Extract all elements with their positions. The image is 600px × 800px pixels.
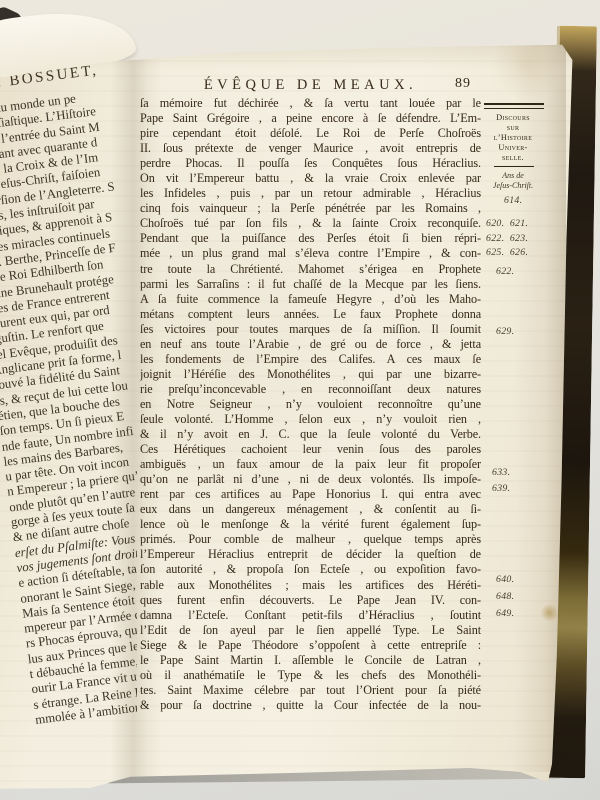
sidebar-title-line: l’Histoire: [480, 133, 546, 143]
sidebar-title-line: Univer-: [480, 143, 546, 153]
margin-year: 620. 621.: [486, 218, 528, 229]
body-line: Choſroës tué par ſon fils , & la ſainte …: [140, 216, 481, 231]
body-line: pire cependant étoit déſolé. Le Roi de P…: [140, 126, 481, 141]
body-line: le Pape Saint Martin I. aſſemble le Conc…: [140, 653, 481, 668]
body-line: lence où le menſonge & la vérité furent …: [140, 517, 481, 532]
body-line: Pape Saint Grégoire , a peine encore à ſ…: [140, 111, 481, 126]
body-line: en Notre Seigneur , n’y vouloient reconn…: [140, 397, 481, 412]
body-line: rie preſqu’inconcevable , en reconnoiſſa…: [140, 382, 481, 397]
body-line: métans comptent leurs années. Le faux Pr…: [140, 307, 481, 322]
running-head-title: ÉVÊQUE DE MEAUX.: [204, 77, 417, 93]
sidebar-title-line: selle.: [480, 153, 546, 163]
right-page: E M. BOSSUET, donne au monde un pet Eccl…: [0, 0, 600, 800]
body-line: les Infideles , puis , par un retour adm…: [140, 186, 481, 201]
body-line: cinq fois vainqueur ; la Perſe pénétrée …: [140, 201, 481, 216]
body-line: Siege & le Pape Théodore s’oppoſent à ce…: [140, 638, 481, 653]
body-line: & il n’y avoit en J. C. que la ſeule vol…: [140, 427, 481, 442]
body-line: les fondements de l’Empire des Califes. …: [140, 352, 481, 367]
body-line: eux dans un dangereux ménagement , & con…: [140, 502, 481, 517]
body-line: A ſa fuite commence la fameuſe Hegyre , …: [140, 292, 481, 307]
body-line: rent par ces artifices au Pape Honorius …: [140, 487, 481, 502]
sidebar-title-line: Discours: [480, 113, 546, 123]
page-number: 89: [455, 76, 471, 92]
body-line: ambiguës , un faux amour de la paix leur…: [140, 457, 481, 472]
body-line: tes. Saint Maxime célebre par tout l’Ori…: [140, 683, 481, 698]
body-line: damna l’Ecteſe. Conſtant petit-fils d’Hé…: [140, 608, 481, 623]
era-label-line: Jeſus-Chriſt.: [480, 181, 546, 191]
body-line: joignit l’Héréſie des Monothélites , qui…: [140, 367, 481, 382]
era-label: Ans deJeſus-Chriſt.: [480, 171, 546, 190]
sidebar-double-rule: [484, 103, 544, 109]
body-line: en neuf ans toute l’Arabie , de gré ou d…: [140, 337, 481, 352]
era-label-line: Ans de: [480, 171, 546, 181]
body-line: Ces Hérétiques cachoient leur venin ſous…: [140, 442, 481, 457]
body-line: perdre Phocas. Il pouſſa ſes Conquêtes ſ…: [140, 156, 481, 171]
body-line: Pendant que la puiſſance des Perſes étoi…: [140, 231, 481, 246]
body-text: ſa mémoire fut déchirée , & ſa vertu tan…: [140, 96, 481, 713]
body-line: & pour ſa doctrine , quitte la Cour infe…: [140, 698, 481, 713]
book-photo: E M. BOSSUET, donne au monde un pet Eccl…: [0, 0, 600, 800]
body-line: qu’on ne parlât ni d’une , ni de deux vo…: [140, 472, 481, 487]
margin-year: 640.: [486, 574, 514, 585]
margin-year: 622.: [486, 266, 514, 277]
body-line: ſon autorité , & propoſa ſon Ecteſe , ou…: [140, 562, 481, 577]
body-line: rable aux Monothélites ; mais les artifi…: [140, 578, 481, 593]
margin-year: 648.: [486, 591, 514, 602]
body-line: mée , un plus grand mal s’éleva contre l…: [140, 246, 481, 261]
margin-year: 625. 626.: [486, 247, 528, 258]
sidebar-rule: [494, 166, 534, 167]
margin-year: 629.: [486, 326, 514, 337]
body-line: tre toute la Chrétienté. Mahomet s’érige…: [140, 262, 481, 277]
body-line: II. ſous prétexte de venger Maurice , av…: [140, 141, 481, 156]
body-line: ſeule volonté. L’Homme , ſelon eux , n’y…: [140, 412, 481, 427]
body-line: ſa mémoire fut déchirée , & ſa vertu tan…: [140, 96, 481, 111]
body-line: ſes victoires pour toutes marques de ſa …: [140, 322, 481, 337]
running-head: ÉVÊQUE DE MEAUX. 89: [140, 76, 481, 94]
body-line: primés. Pour comble de malheur , quelque…: [140, 532, 481, 547]
margin-year: 639.: [486, 483, 510, 494]
body-line: parmi les Sarraſins : il fut chaſſé de l…: [140, 277, 481, 292]
body-line: l’Edit de ſon ayeul par le ſien appellé …: [140, 623, 481, 638]
margin-year: 614.: [486, 195, 522, 206]
body-line: ques furent enfin découverts. Le Pape Je…: [140, 593, 481, 608]
body-line: où il anathématiſe le Type & les chefs d…: [140, 668, 481, 683]
sidebar-title-line: sur: [480, 123, 546, 133]
margin-year: 622. 623.: [486, 233, 528, 244]
margin-year: 649.: [486, 608, 514, 619]
margin-year: 633.: [486, 467, 510, 478]
body-line: l’Empereur Héraclius entreprit de décide…: [140, 547, 481, 562]
body-line: On vit l’Empereur battu , & la vraie Cro…: [140, 171, 481, 186]
sidebar-title: Discourssurl’HistoireUniver-selle.: [480, 113, 546, 163]
